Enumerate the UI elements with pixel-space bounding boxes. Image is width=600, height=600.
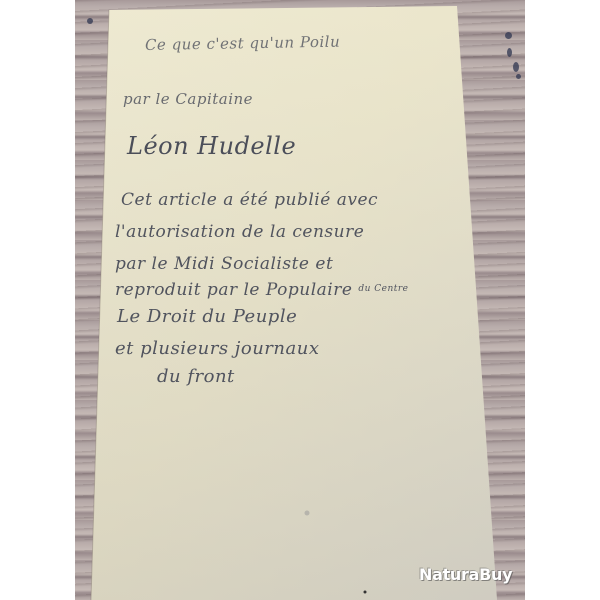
naturabuy-watermark: NaturaBuy bbox=[419, 565, 512, 584]
author-prefix: par le Capitaine bbox=[123, 90, 253, 108]
handwritten-letter: Ce que c'est qu'un Poilu par le Capitain… bbox=[75, 0, 525, 600]
body-line-with-annotation: reproduit par le Populaire du Centre bbox=[115, 280, 409, 300]
letter-title: Ce que c'est qu'un Poilu bbox=[145, 33, 340, 54]
photo: Ce que c'est qu'un Poilu par le Capitain… bbox=[75, 0, 525, 600]
body-line: Le Droit du Peuple bbox=[117, 306, 297, 327]
author-name: Léon Hudelle bbox=[127, 132, 296, 160]
body-line: du front bbox=[157, 366, 235, 387]
annotation: du Centre bbox=[358, 284, 408, 294]
body-line: Cet article a été publié avec bbox=[121, 190, 378, 210]
body-line: et plusieurs journaux bbox=[115, 338, 319, 359]
body-line: reproduit par le Populaire bbox=[115, 280, 352, 300]
body-line: par le Midi Socialiste et bbox=[115, 254, 333, 274]
body-line: l'autorisation de la censure bbox=[115, 222, 364, 242]
